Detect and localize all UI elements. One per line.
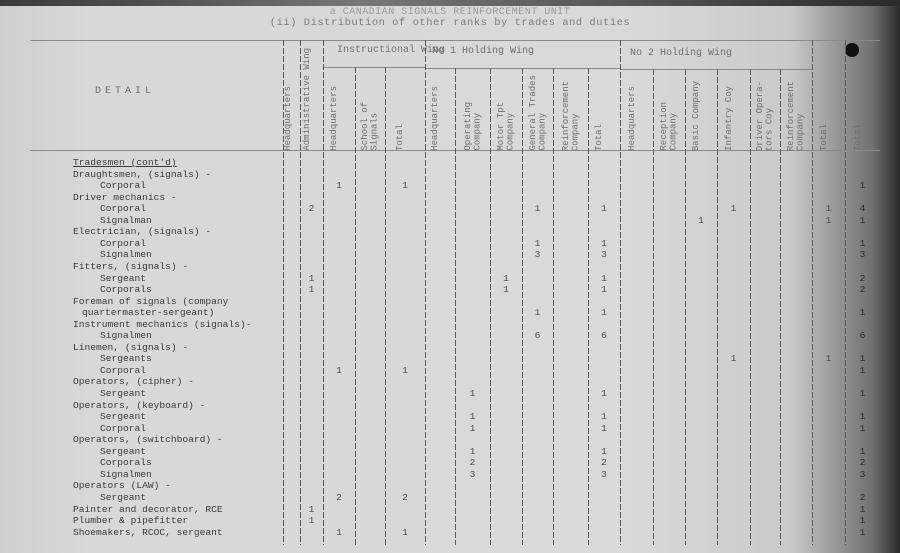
column-header-instr-hq: Headquarters bbox=[330, 86, 340, 151]
cell-no1-total: 1 bbox=[589, 423, 619, 434]
cell-no1-total: 1 bbox=[589, 273, 619, 284]
cell-grand-total: 1 bbox=[848, 180, 878, 191]
table-row: Driver mechanics - bbox=[0, 192, 900, 203]
table-row: Operators, (cipher) - bbox=[0, 376, 900, 387]
cell-no2-total: 1 bbox=[814, 215, 844, 226]
table-row: Operators, (switchboard) - bbox=[0, 434, 900, 445]
cell-instr-total: 2 bbox=[390, 492, 420, 503]
cell-no1-total: 2 bbox=[589, 457, 619, 468]
column-header-no1-total: Total bbox=[595, 124, 605, 151]
cell-grand-total: 1 bbox=[848, 411, 878, 422]
cell-operating: 1 bbox=[458, 446, 488, 457]
punch-hole bbox=[845, 43, 859, 57]
cell-no2-total: 1 bbox=[814, 353, 844, 364]
column-header-hq: Headquarters bbox=[284, 86, 294, 151]
table-row: Corporal111 bbox=[0, 180, 900, 191]
row-label: Plumber & pipefitter bbox=[73, 515, 188, 526]
row-label: Operators (LAW) - bbox=[73, 480, 171, 491]
row-label: Signalmen bbox=[100, 330, 152, 341]
table-row: Corporals1112 bbox=[0, 284, 900, 295]
table-row: Operators (LAW) - bbox=[0, 480, 900, 491]
table-row: Corporal211114 bbox=[0, 203, 900, 214]
cell-no1-total: 1 bbox=[589, 307, 619, 318]
cell-instr-hq: 1 bbox=[324, 365, 354, 376]
column-header-driver-ops: Driver Opera- tors Coy bbox=[756, 81, 775, 151]
row-label: Corporals bbox=[100, 457, 152, 468]
table-row: Corporal111 bbox=[0, 365, 900, 376]
row-label: Corporal bbox=[100, 180, 146, 191]
cell-gen-trades: 1 bbox=[523, 307, 553, 318]
cell-grand-total: 1 bbox=[848, 388, 878, 399]
row-label: Operators, (cipher) - bbox=[73, 376, 194, 387]
cell-no1-total: 6 bbox=[589, 330, 619, 341]
cell-operating: 1 bbox=[458, 423, 488, 434]
cell-grand-total: 1 bbox=[848, 215, 878, 226]
table-row: Signalmen333 bbox=[0, 469, 900, 480]
cell-grand-total: 3 bbox=[848, 249, 878, 260]
row-label: Sergeant bbox=[100, 446, 146, 457]
cell-basic: 1 bbox=[686, 215, 716, 226]
cell-gen-trades: 1 bbox=[523, 203, 553, 214]
no1-holding-wing-header: No 1 Holding Wing bbox=[432, 46, 534, 57]
cell-grand-total: 1 bbox=[848, 365, 878, 376]
table-row: Linemen, (signals) - bbox=[0, 342, 900, 353]
row-label: Corporals bbox=[100, 284, 152, 295]
row-label: Corporal bbox=[100, 423, 146, 434]
column-header-reception: Reception Company bbox=[660, 102, 679, 151]
instructional-wing-header: Instructional Wing bbox=[337, 45, 445, 56]
column-header-motor-tpt: Motor Tpt Company bbox=[497, 102, 516, 151]
cell-operating: 3 bbox=[458, 469, 488, 480]
table-row: Foreman of signals (company bbox=[0, 296, 900, 307]
table-row: quartermaster-sergeant)111 bbox=[0, 307, 900, 318]
no2-holding-wing-header: No 2 Holding Wing bbox=[630, 48, 732, 59]
cell-grand-total: 4 bbox=[848, 203, 878, 214]
cell-no1-total: 1 bbox=[589, 203, 619, 214]
cell-no1-total: 1 bbox=[589, 388, 619, 399]
cell-grand-total: 2 bbox=[848, 273, 878, 284]
cell-admin-wing: 1 bbox=[297, 515, 327, 526]
cell-operating: 1 bbox=[458, 411, 488, 422]
row-label: Operators, (switchboard) - bbox=[73, 434, 223, 445]
column-header-infantry: Infantry Coy bbox=[725, 86, 735, 151]
table-row: Painter and decorator, RCE11 bbox=[0, 504, 900, 515]
row-label: Instrument mechanics (signals)- bbox=[73, 319, 251, 330]
cell-grand-total: 1 bbox=[848, 446, 878, 457]
cell-gen-trades: 6 bbox=[523, 330, 553, 341]
row-label: Sergeant bbox=[100, 273, 146, 284]
table-row: Corporals222 bbox=[0, 457, 900, 468]
cell-grand-total: 1 bbox=[848, 423, 878, 434]
table-row: Sergeant111 bbox=[0, 411, 900, 422]
table-row: Operators, (keyboard) - bbox=[0, 400, 900, 411]
cell-gen-trades: 3 bbox=[523, 249, 553, 260]
table-row: Sergeants111 bbox=[0, 353, 900, 364]
table-row: Sergeant222 bbox=[0, 492, 900, 503]
cell-no1-total: 1 bbox=[589, 284, 619, 295]
column-header-school: School of Signals bbox=[361, 102, 380, 151]
cell-gen-trades: 1 bbox=[523, 238, 553, 249]
cell-admin-wing: 1 bbox=[297, 273, 327, 284]
table-row: Instrument mechanics (signals)- bbox=[0, 319, 900, 330]
row-label: Shoemakers, RCOC, sergeant bbox=[73, 527, 223, 538]
row-label: quartermaster-sergeant) bbox=[82, 307, 214, 318]
table-row: Shoemakers, RCOC, sergeant111 bbox=[0, 527, 900, 538]
table-row: Signalmen666 bbox=[0, 330, 900, 341]
table-row: Tradesmen (cont'd) bbox=[0, 157, 900, 168]
column-header-instr-total: Total bbox=[396, 124, 406, 151]
row-label: Draughtsmen, (signals) - bbox=[73, 169, 211, 180]
column-header-gen-trades: General Trades Company bbox=[529, 75, 548, 151]
row-label: Tradesmen (cont'd) bbox=[73, 157, 177, 168]
cell-operating: 2 bbox=[458, 457, 488, 468]
instructional-wing-label: Instructional Wing bbox=[337, 45, 445, 56]
column-header-no2-total: Total bbox=[820, 124, 830, 151]
cell-grand-total: 2 bbox=[848, 492, 878, 503]
table-row: Fitters, (signals) - bbox=[0, 261, 900, 272]
table-row: Corporal111 bbox=[0, 423, 900, 434]
column-header-reinf1: Reinforcement Company bbox=[562, 81, 581, 151]
detail-header: DETAIL bbox=[95, 86, 155, 97]
cell-grand-total: 1 bbox=[848, 515, 878, 526]
cell-grand-total: 1 bbox=[848, 307, 878, 318]
table-row: Sergeant111 bbox=[0, 446, 900, 457]
cell-no1-total: 3 bbox=[589, 469, 619, 480]
row-label: Signalman bbox=[100, 215, 152, 226]
table-top-rule bbox=[30, 40, 880, 41]
cell-grand-total: 6 bbox=[848, 330, 878, 341]
row-label: Corporal bbox=[100, 238, 146, 249]
cell-infantry: 1 bbox=[719, 353, 749, 364]
row-label: Signalmen bbox=[100, 249, 152, 260]
cell-admin-wing: 1 bbox=[297, 504, 327, 515]
table-row: Sergeant111 bbox=[0, 388, 900, 399]
cell-no1-total: 1 bbox=[589, 238, 619, 249]
row-label: Corporal bbox=[100, 365, 146, 376]
cell-motor-tpt: 1 bbox=[491, 284, 521, 295]
cell-operating: 1 bbox=[458, 388, 488, 399]
cell-motor-tpt: 1 bbox=[491, 273, 521, 284]
cell-instr-hq: 1 bbox=[324, 180, 354, 191]
no2-wing-rule bbox=[620, 69, 812, 70]
cell-grand-total: 1 bbox=[848, 504, 878, 515]
table-row: Electrician, (signals) - bbox=[0, 226, 900, 237]
cell-grand-total: 2 bbox=[848, 284, 878, 295]
cell-grand-total: 1 bbox=[848, 353, 878, 364]
scan-edge bbox=[0, 0, 900, 6]
table-row: Draughtsmen, (signals) - bbox=[0, 169, 900, 180]
table-row: Signalmen333 bbox=[0, 249, 900, 260]
scanned-document-page: a CANADIAN SIGNALS REINFORCEMENT UNIT (i… bbox=[0, 0, 900, 553]
table-row: Signalman111 bbox=[0, 215, 900, 226]
row-label: Painter and decorator, RCE bbox=[73, 504, 223, 515]
cell-no2-total: 1 bbox=[814, 203, 844, 214]
row-label: Foreman of signals (company bbox=[73, 296, 228, 307]
instr-wing-rule bbox=[323, 67, 425, 68]
cell-instr-total: 1 bbox=[390, 365, 420, 376]
cell-infantry: 1 bbox=[719, 203, 749, 214]
document-subtitle: (ii) Distribution of other ranks by trad… bbox=[0, 17, 900, 29]
row-label: Sergeant bbox=[100, 388, 146, 399]
row-label: Corporal bbox=[100, 203, 146, 214]
cell-instr-hq: 1 bbox=[324, 527, 354, 538]
row-label: Signalmen bbox=[100, 469, 152, 480]
cell-instr-total: 1 bbox=[390, 180, 420, 191]
cell-no1-total: 1 bbox=[589, 446, 619, 457]
table-row: Plumber & pipefitter11 bbox=[0, 515, 900, 526]
cell-admin-wing: 1 bbox=[297, 284, 327, 295]
cell-no1-total: 3 bbox=[589, 249, 619, 260]
cell-grand-total: 3 bbox=[848, 469, 878, 480]
column-header-admin-wing: Administrative Wing bbox=[303, 48, 313, 151]
column-header-operating: Operating Company bbox=[464, 102, 483, 151]
cell-instr-hq: 2 bbox=[324, 492, 354, 503]
cell-instr-total: 1 bbox=[390, 527, 420, 538]
cell-grand-total: 1 bbox=[848, 238, 878, 249]
cell-no1-total: 1 bbox=[589, 411, 619, 422]
row-label: Sergeant bbox=[100, 492, 146, 503]
column-header-no2-hq: Headquarters bbox=[628, 86, 638, 151]
row-label: Operators, (keyboard) - bbox=[73, 400, 205, 411]
cell-grand-total: 1 bbox=[848, 527, 878, 538]
cell-admin-wing: 2 bbox=[297, 203, 327, 214]
table-row: Sergeant1112 bbox=[0, 273, 900, 284]
column-header-basic: Basic Company bbox=[692, 81, 702, 151]
column-header-reinf2: Reinforcement Company bbox=[787, 81, 806, 151]
row-label: Sergeant bbox=[100, 411, 146, 422]
row-label: Fitters, (signals) - bbox=[73, 261, 188, 272]
column-header-no1-hq: Headquarters bbox=[431, 86, 441, 151]
table-row: Corporal111 bbox=[0, 238, 900, 249]
row-label: Electrician, (signals) - bbox=[73, 226, 211, 237]
row-label: Sergeants bbox=[100, 353, 152, 364]
row-label: Linemen, (signals) - bbox=[73, 342, 188, 353]
column-header-grand-total: Total bbox=[854, 124, 864, 151]
row-label: Driver mechanics - bbox=[73, 192, 177, 203]
cell-grand-total: 2 bbox=[848, 457, 878, 468]
